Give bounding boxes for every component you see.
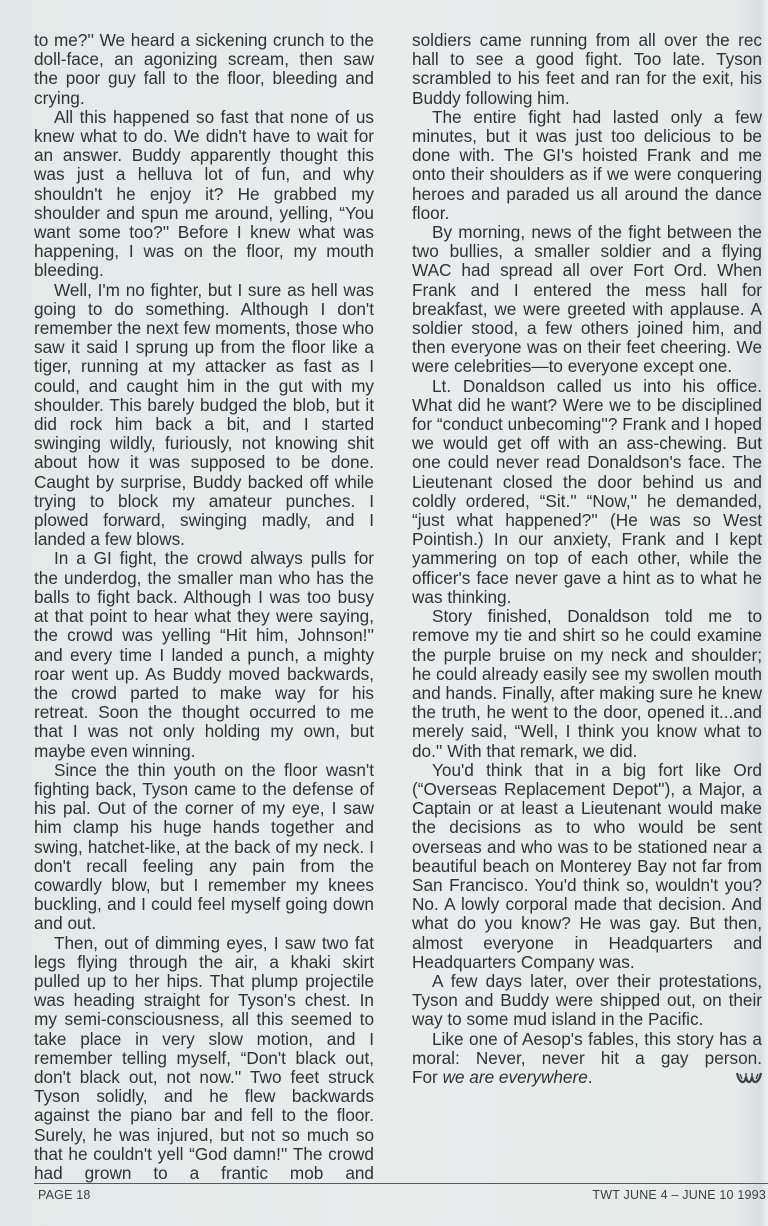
twt-end-mark-icon — [736, 1069, 762, 1082]
magazine-page: to me?'' We heard a sickening crunch to … — [0, 0, 768, 1226]
paragraph: soldiers came running from all over the … — [412, 31, 762, 108]
right-column: soldiers came running from all over the … — [412, 31, 762, 1087]
issue-date: TWT JUNE 4 – JUNE 10 1993 — [592, 1188, 766, 1202]
paragraph: to me?'' We heard a sickening crunch to … — [34, 31, 374, 108]
paragraph: By morning, news of the fight between th… — [412, 223, 762, 377]
paragraph: Since the thin youth on the floor wasn't… — [34, 761, 374, 934]
closing-prefix: For — [412, 1067, 443, 1087]
page-number: PAGE 18 — [38, 1188, 91, 1202]
footer-rule — [34, 1183, 768, 1184]
closing-line: For we are everywhere. — [412, 1068, 762, 1087]
paragraph: The entire fight had lasted only a few m… — [412, 108, 762, 223]
closing-suffix: . — [588, 1067, 593, 1087]
paragraph: Story finished, Donaldson told me to rem… — [412, 607, 762, 761]
paragraph: In a GI fight, the crowd always pulls fo… — [34, 549, 374, 760]
closing-italic: we are everywhere — [443, 1067, 588, 1087]
paragraph: Well, I'm no fighter, but I sure as hell… — [34, 281, 374, 550]
paragraph: Lt. Donaldson called us into his office.… — [412, 377, 762, 607]
paragraph: Then, out of dimming eyes, I saw two fat… — [34, 934, 374, 1184]
paragraph: A few days later, over their protestatio… — [412, 972, 762, 1030]
paragraph: All this happened so fast that none of u… — [34, 108, 374, 281]
paragraph: Like one of Aesop's fables, this story h… — [412, 1030, 762, 1068]
paragraph: You'd think that in a big fort like Ord … — [412, 761, 762, 972]
left-column: to me?'' We heard a sickening crunch to … — [34, 31, 374, 1183]
